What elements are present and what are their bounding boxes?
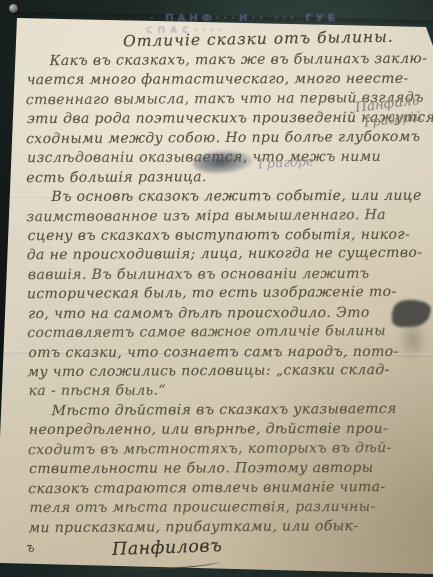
manuscript-line: отъ сказки, что сознаетъ самъ народъ, по… (28, 343, 428, 364)
manuscript-line: историческая быль, то есть изображеніе т… (27, 284, 427, 306)
manuscript-line: ка - пѣсня быль.“ (29, 382, 429, 403)
manuscript-line: Какъ въ сказкахъ, такъ же въ былинахъ за… (26, 51, 426, 73)
manuscript-line: сходными между собою. Но при болѣе глубо… (26, 129, 426, 151)
manuscript-line: чается много фантастическаго, много неес… (27, 71, 427, 92)
manuscript-line: да не происходившія; лица, никогда не су… (27, 245, 427, 267)
manuscript-line: ствительности не было. Поэтому авторы (29, 460, 429, 481)
page-corner-mark: ъ (26, 541, 35, 556)
manuscript-line: го, что на самомъ дѣлѣ происходило. Это (28, 304, 428, 325)
manuscript-line: ми присказками, прибаутками, или обык- (28, 517, 428, 539)
signature: Панфиловъ (112, 536, 223, 560)
manuscript-line: му что сложились пословицы: „сказки скла… (27, 362, 427, 384)
pin-icon (9, 4, 18, 13)
blot-shadow (396, 322, 430, 380)
manuscript-line: Мѣсто дѣйствія въ сказкахъ указывается (28, 401, 428, 423)
manuscript-line: сказокъ стараются отвлечь вниманіе чита- (28, 478, 428, 500)
ink-stamp-line1: · ПАНФ···Н·· ··· ГУБ (150, 13, 339, 24)
manuscript-line: составляетъ самое важное отличіе былины (27, 323, 427, 345)
manuscript-line: вавшія. Въ былинахъ въ основаніи лежитъ (28, 266, 428, 287)
manuscript-line: сцену въ сказкахъ выступаютъ событія, ни… (28, 227, 428, 248)
manuscript-line: сходитъ въ мѣстностяхъ, которыхъ въ дѣй- (28, 440, 428, 462)
smudged-pencil-name: Григоре (258, 155, 314, 173)
manuscript-line: теля отъ мѣста происшествія, различны- (29, 499, 429, 520)
manuscript-line: неопредѣленно, или вѣрнѣе, дѣйствіе прои… (29, 421, 429, 442)
manuscript-line: Въ основѣ сказокъ лежитъ событіе, или ли… (27, 188, 427, 209)
photo-of-manuscript: · ПАНФ···Н·· ··· ГУБ СПАС···· Отличіе ск… (0, 0, 433, 577)
manuscript-line: заимствованное изъ міра вымышленнаго. На (26, 206, 426, 228)
